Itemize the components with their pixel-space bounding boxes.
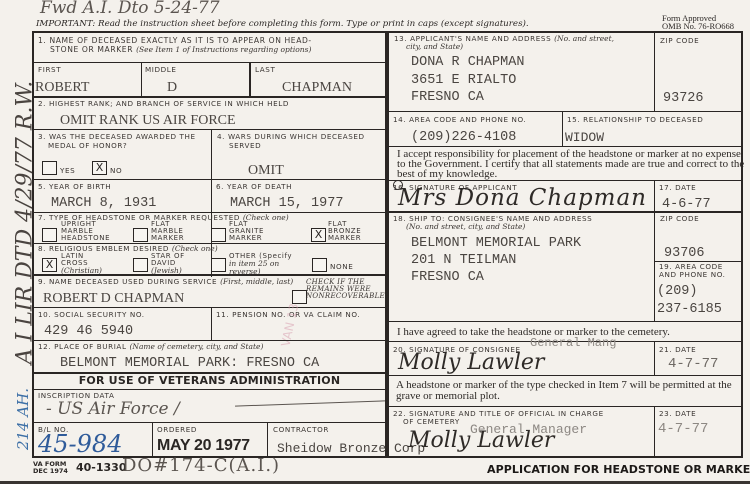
divider — [33, 96, 386, 98]
divider — [562, 111, 563, 147]
ordered-label: ORDERED — [157, 426, 197, 435]
item23-label: 23. DATE — [659, 410, 696, 419]
consignee-sign-date[interactable]: 4-7-77 — [668, 357, 718, 372]
form-title: APPLICATION FOR HEADSTONE OR MARKER — [487, 463, 750, 476]
wars-served-value[interactable]: OMIT — [248, 163, 284, 178]
flat-bronze-marker-checkbox[interactable]: X — [311, 228, 326, 242]
consignee-zip-value[interactable]: 93706 — [664, 246, 705, 261]
yes-label: YES — [60, 167, 75, 176]
divider — [654, 212, 655, 321]
form-number: 40-1330 — [76, 461, 127, 474]
divider — [388, 321, 742, 322]
no-label: NO — [110, 167, 122, 176]
inscription-data-value[interactable]: - US Air Force / — [46, 399, 180, 419]
medal-of-honor-yes-checkbox[interactable] — [42, 161, 57, 175]
item10-label: 10. SOCIAL SECURITY NO. — [38, 311, 145, 320]
service-name-value[interactable]: ROBERT D CHAPMAN — [43, 291, 184, 306]
divider — [141, 62, 142, 96]
item1-label-b: STONE OR MARKER (See Item 1 of Instructi… — [50, 46, 311, 55]
item22-label-b: OF CEMETERY — [403, 418, 460, 427]
rank-branch-value[interactable]: OMIT RANK US AIR FORCE — [60, 113, 236, 128]
va-use-title: FOR USE OF VETERANS ADMINISTRATION — [33, 374, 386, 387]
applicant-zip-value[interactable]: 93726 — [663, 91, 704, 106]
flat-bronze-marker-label: FLATBRONZEMARKER — [328, 221, 361, 242]
flat-granite-marker-label: FLATGRANITEMARKER — [229, 221, 264, 242]
permission-line-2: grave or memorial plot. — [396, 391, 500, 402]
star-of-david-label: STAR OFDAVID(Jewish) — [151, 253, 185, 275]
item14-label: 14. AREA CODE AND PHONE NO. — [393, 116, 526, 125]
middle-name-value[interactable]: D — [167, 80, 177, 95]
last-name-value[interactable]: CHAPMAN — [282, 80, 352, 95]
divider — [388, 111, 742, 112]
applicant-name-value[interactable]: DONA R CHAPMAN — [411, 55, 524, 70]
item4-label-b: SERVED — [229, 142, 261, 151]
upright-marble-headstone-checkbox[interactable] — [42, 228, 57, 242]
certification-line-3: best of my knowledge. — [397, 169, 497, 180]
applicant-sign-date[interactable]: 4-6-77 — [662, 197, 711, 212]
divider — [388, 375, 742, 376]
official-sign-date[interactable]: 4-7-77 — [658, 422, 708, 437]
applicant-zip-label: ZIP CODE — [660, 37, 699, 46]
item18-label-note: (No. and street, city, and State) — [406, 223, 525, 232]
item15-label: 15. RELATIONSHIP TO DECEASED — [567, 116, 703, 125]
divider — [211, 307, 212, 341]
first-name-label: FIRST — [38, 66, 61, 75]
middle-name-label: MIDDLE — [145, 66, 177, 75]
contractor-label: CONTRACTOR — [273, 426, 329, 435]
flat-marble-marker-checkbox[interactable] — [133, 228, 148, 242]
divider — [654, 180, 655, 212]
remains-nonrecoverable-checkbox[interactable] — [292, 290, 307, 304]
divider — [388, 180, 742, 181]
consignee-phone-value[interactable]: 237-6185 — [657, 302, 722, 317]
other-emblem-checkbox[interactable] — [211, 258, 226, 272]
place-of-burial-value[interactable]: BELMONT MEMORIAL PARK: FRESNO CA — [60, 356, 319, 371]
ssn-value[interactable]: 429 46 5940 — [44, 324, 133, 339]
divider — [654, 31, 655, 111]
divider — [249, 62, 251, 96]
last-name-label: LAST — [255, 66, 275, 75]
divider — [388, 146, 742, 147]
divider — [33, 274, 386, 276]
headstone-application-form: Fwd A.I. Dto 5-24-77 IMPORTANT: Read the… — [0, 0, 750, 484]
flat-granite-marker-checkbox[interactable] — [211, 228, 226, 242]
item6-label: 6. YEAR OF DEATH — [216, 183, 292, 192]
handwritten-forward-note: Fwd A.I. Dto 5-24-77 — [40, 0, 220, 18]
divider — [33, 129, 386, 130]
va-form-label: VA FORMDEC 1974 — [33, 461, 68, 475]
margin-note-blue: 214 AH. — [14, 384, 32, 454]
consignee-zip-label: ZIP CODE — [660, 215, 699, 224]
consignee-street-value[interactable]: 201 N TEILMAN — [411, 253, 516, 268]
item19-label: 19. AREA CODEAND PHONE NO. — [659, 263, 726, 279]
divider — [33, 422, 386, 423]
remains-nonrecoverable-label: CHECK IF THEREMAINS WERENONRECOVERABLE — [306, 279, 385, 300]
divider — [33, 307, 386, 308]
official-signature[interactable]: Molly Lawler — [408, 428, 554, 453]
consignee-typed-title: General Mang — [530, 336, 616, 351]
omb-number: OMB No. 76-RO668 — [662, 22, 734, 31]
divider — [152, 422, 153, 458]
flat-marble-marker-label: FLATMARBLEMARKER — [151, 221, 184, 242]
divider — [654, 341, 655, 375]
medal-of-honor-no-checkbox[interactable]: X — [92, 161, 107, 175]
latin-cross-checkbox[interactable]: X — [42, 258, 57, 272]
consignee-area-code-value[interactable]: (209) — [657, 284, 698, 299]
handwritten-document-number: DO#174-C(A.I.) — [122, 455, 280, 476]
divider — [33, 389, 386, 390]
item2-label: 2. HIGHEST RANK; AND BRANCH OF SERVICE I… — [38, 100, 289, 109]
important-instructions: IMPORTANT: Read the instruction sheet be… — [36, 19, 529, 29]
item12-label: 12. PLACE OF BURIAL (Name of cemetery, c… — [38, 343, 263, 352]
consignee-city-value[interactable]: FRESNO CA — [411, 270, 484, 285]
year-of-death-value[interactable]: MARCH 15, 1977 — [230, 196, 343, 211]
upright-marble-headstone-label: UPRIGHTMARBLEHEADSTONE — [61, 221, 110, 242]
item17-label: 17. DATE — [659, 184, 696, 193]
divider — [211, 129, 212, 212]
applicant-city-value[interactable]: FRESNO CA — [411, 90, 484, 105]
ordered-date-stamp[interactable]: MAY 20 1977 — [157, 437, 250, 455]
item13-label-b: city, and State) — [406, 43, 463, 52]
consignee-signature[interactable]: Molly Lawler — [398, 350, 544, 375]
applicant-phone-value[interactable]: (209)226-4108 — [411, 130, 516, 145]
consignee-name-value[interactable]: BELMONT MEMORIAL PARK — [411, 236, 581, 251]
item21-label: 21. DATE — [659, 346, 696, 355]
other-emblem-label: OTHER (Specifyin item 25 onreverse) — [229, 253, 292, 276]
bl-number-value[interactable]: 45-984 — [38, 430, 122, 458]
item5-label: 5. YEAR OF BIRTH — [38, 183, 111, 192]
star-of-david-checkbox[interactable] — [133, 258, 148, 272]
relationship-value[interactable]: WIDOW — [565, 130, 604, 145]
latin-cross-label: LATINCROSS(Christian) — [61, 253, 102, 275]
item9-label: 9. NAME DECEASED USED DURING SERVICE (Fi… — [38, 278, 293, 287]
applicant-signature[interactable]: Mrs Dona Chapman — [398, 185, 647, 211]
divider — [33, 179, 386, 180]
applicant-street-value[interactable]: 3651 E RIALTO — [411, 73, 516, 88]
item3-label-b: MEDAL OF HONOR? — [48, 142, 127, 151]
no-emblem-label: NONE — [330, 263, 353, 272]
divider — [267, 422, 268, 458]
no-emblem-checkbox[interactable] — [312, 258, 327, 272]
divider — [33, 340, 386, 341]
divider — [388, 211, 742, 213]
divider — [33, 62, 386, 63]
divider — [388, 406, 742, 407]
year-of-birth-value[interactable]: MARCH 8, 1931 — [51, 196, 156, 211]
divider — [654, 406, 655, 458]
first-name-value[interactable]: ROBERT — [35, 80, 89, 95]
